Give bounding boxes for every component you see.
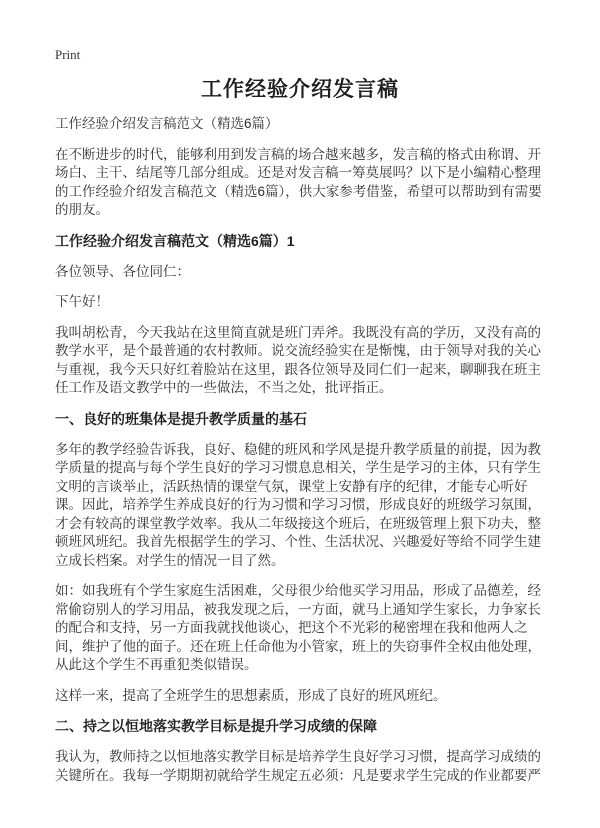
greeting-line: 下午好！ (55, 293, 545, 312)
section-heading-point-1: 一、良好的班集体是提升教学质量的基石 (55, 410, 545, 429)
class-management-paragraph: 多年的教学经验告诉我，良好、稳健的班风和学风是提升教学质量的前提，因为教学质量的… (55, 441, 545, 571)
intro-paragraph: 在不断进步的时代，能够利用到发言稿的场合越来越多，发言稿的格式由称谓、开场白、主… (55, 146, 545, 220)
teaching-goal-paragraph: 我认为，教师持之以恒地落实教学目标是培养学生良好学习习惯，提高学习成绩的关键所在… (55, 748, 545, 785)
self-introduction-paragraph: 我叫胡松青，今天我站在这里简直就是班门弄斧。我既没有高的学历，又没有高的教学水平… (55, 324, 545, 398)
document-page: Print 工作经验介绍发言稿 工作经验介绍发言稿范文（精选6篇） 在不断进步的… (0, 0, 600, 828)
print-link[interactable]: Print (55, 47, 80, 63)
page-title: 工作经验介绍发言稿 (55, 76, 545, 103)
section-heading-point-2: 二、持之以恒地落实教学目标是提升学习成绩的保障 (55, 717, 545, 736)
student-example-paragraph: 如：如我班有个学生家庭生活困难，父母很少给他买学习用品，形成了品德差，经常偷窃别… (55, 582, 545, 675)
section-heading-sample-1: 工作经验介绍发言稿范文（精选6篇）1 (55, 232, 545, 251)
salutation-line: 各位领导、各位同仁： (55, 263, 545, 282)
doc-subtitle: 工作经验介绍发言稿范文（精选6篇） (55, 115, 545, 134)
result-paragraph: 这样一来，提高了全班学生的思想素质，形成了良好的班风班纪。 (55, 687, 545, 706)
